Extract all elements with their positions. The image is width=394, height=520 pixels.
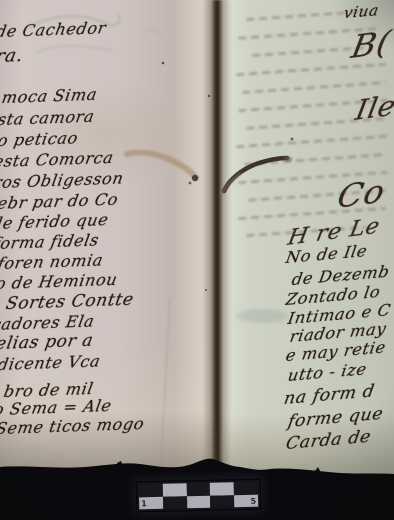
manuscript-photo: de Cachedor ra. moca Sima sta camora o p… [0, 0, 394, 520]
manuscript-line: foren nomia [0, 250, 105, 273]
manuscript-line: B( [349, 23, 394, 66]
scale-cell [210, 495, 234, 508]
book-gutter-shadow [203, 0, 231, 472]
scale-label-1: 1 [141, 499, 147, 509]
scale-cell [163, 483, 187, 496]
manuscript-line: Co [335, 172, 388, 216]
manuscript-line: moca Sima [0, 85, 99, 107]
photo-scale-bar: 1 5 [137, 480, 261, 512]
manuscript-line: Ile [353, 89, 394, 127]
scale-label-5: 5 [250, 497, 256, 507]
scale-cell [163, 496, 187, 509]
scale-cell [139, 484, 163, 497]
scale-cell [210, 482, 234, 495]
manuscript-line: elias por a [0, 331, 95, 354]
scale-cell [234, 482, 258, 495]
scale-cell: 5 [234, 494, 258, 507]
manuscript-line: forma fidels [0, 230, 101, 253]
scale-cell: 1 [139, 496, 163, 509]
scale-cell [186, 483, 210, 496]
manuscript-line: de Cachedor [0, 18, 108, 41]
scale-cell [187, 495, 211, 508]
manuscript-line: ra. [0, 45, 25, 67]
manuscript-line: dicente Vca [0, 351, 102, 374]
manuscript-line: o peticao [0, 128, 80, 150]
manuscript-line: viua [343, 1, 381, 22]
manuscript-line: sta camora [0, 107, 96, 129]
